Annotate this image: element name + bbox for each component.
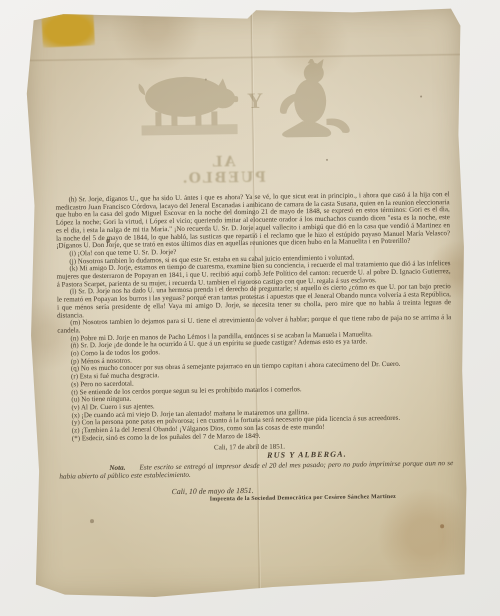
letter-y-showthrough: Y <box>247 88 263 114</box>
pig-showthrough-icon <box>133 66 244 138</box>
document-page: Y AL PUEBLO. (h) Sr. Jorje, díganos U., … <box>24 5 470 601</box>
document-text-block: (h) Sr. Jorje, díganos U., que ha sido U… <box>55 191 453 506</box>
nota-paragraph: Nota.Este escrito se entregó al impresor… <box>59 460 453 481</box>
monkey-showthrough-icon <box>272 59 353 142</box>
foxing-specks <box>24 11 26 13</box>
yellow-tape-stain <box>41 12 95 48</box>
signature-line: RUS Y ALBERGA. <box>267 449 453 459</box>
mirrored-title-showthrough: AL PUEBLO. <box>168 154 278 188</box>
paragraph-h: (h) Sr. Jorje, díganos U., que ha sido U… <box>55 191 450 250</box>
horizontal-crease-line <box>25 53 463 62</box>
